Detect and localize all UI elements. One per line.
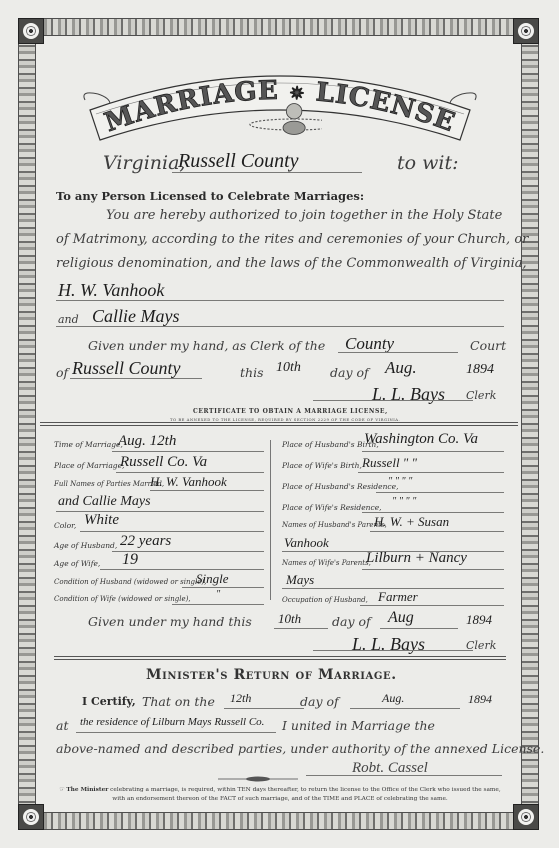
clerk-label: Clerk	[466, 389, 496, 402]
certificate-divider	[40, 422, 518, 426]
corner-rosette-icon	[18, 18, 44, 44]
ceremony-place-value: the residence of Lilburn Mays Russell Co…	[80, 716, 264, 728]
certificate-clerk-signature: L. L. Bays	[352, 634, 425, 655]
field-label-husband-occupation: Occupation of Husband,	[282, 596, 368, 604]
and-label: and	[58, 313, 79, 326]
given-year-value: 1894	[466, 612, 492, 628]
field-value-full-names: H. W. Vanhook	[150, 474, 227, 490]
field-label-color: Color,	[54, 521, 76, 530]
field-value-age-of-wife: 19	[122, 551, 138, 569]
state-label: Virginia,	[103, 152, 185, 174]
field-line	[350, 708, 460, 709]
county-line	[172, 172, 362, 173]
minister-return-heading: Minister's Return of Marriage.	[146, 667, 397, 683]
field-line	[76, 732, 276, 733]
field-value-husband-birthplace: Washington Co. Va	[364, 431, 478, 448]
certify-label: I Certify,	[82, 695, 136, 708]
groom-line	[56, 300, 504, 301]
cherub-wreath-icon	[222, 98, 322, 140]
field-line	[172, 604, 264, 605]
field-line	[362, 451, 504, 452]
field-value-color: White	[84, 512, 119, 529]
court-of-line	[70, 378, 202, 379]
field-value-condition-of-husband: Single	[196, 571, 229, 587]
minister-footnote: ☞ The Minister celebrating a marriage, i…	[50, 786, 510, 804]
court-label: Court	[470, 338, 506, 353]
given-prefix: Given under my hand, as Clerk of the	[88, 338, 325, 353]
field-label-wife-residence: Place of Wife's Residence,	[282, 503, 382, 512]
field-line	[376, 492, 504, 493]
given-line-label: Given under my hand this	[88, 614, 252, 629]
issue-day-value: 10th	[276, 360, 301, 376]
given-day-of-label: day of	[332, 614, 371, 629]
ornamental-border-left	[18, 44, 36, 810]
body-line-2: of Matrimony, according to the rites and…	[56, 232, 528, 247]
field-value-time-of-marriage: Aug. 12th	[118, 433, 176, 450]
field-line	[362, 569, 504, 570]
field-label-time-of-marriage: Time of Marriage,	[54, 440, 123, 449]
field-line	[182, 587, 264, 588]
field-value-condition-of-wife: "	[216, 589, 220, 600]
field-line	[116, 472, 264, 473]
field-value-husband-occupation: Farmer	[378, 589, 418, 605]
field-line	[360, 605, 504, 606]
this-label: this	[240, 365, 264, 380]
issue-year-value: 1894	[466, 362, 494, 378]
ornamental-border-top	[44, 18, 514, 36]
field-label-full-names: Full Names of Parties Married,	[54, 480, 164, 488]
ornamental-border-right	[521, 44, 539, 810]
bride-line	[56, 326, 504, 327]
footnote-bold: The Minister	[66, 787, 108, 793]
given-month-value: Aug	[388, 609, 414, 627]
field-line	[100, 569, 264, 570]
field-line	[150, 490, 264, 491]
field-value-husband-parents: H. W. + Susan	[374, 514, 449, 530]
field-value-wife-parents: Lilburn + Nancy	[366, 550, 467, 567]
field-label-husband-parents: Names of Husband's Parents,	[282, 521, 387, 529]
that-on-label: That on the	[142, 694, 215, 709]
certificate-clerk-label: Clerk	[466, 639, 496, 652]
address-heading: To any Person Licensed to Celebrate Marr…	[56, 189, 364, 203]
to-wit-label: to wit:	[397, 152, 459, 174]
pointing-hand-icon: ☞	[59, 787, 64, 793]
day-of-label: day of	[330, 365, 369, 380]
minister-month-value: Aug.	[382, 691, 404, 706]
field-line	[362, 512, 504, 513]
court-of-value: Russell County	[72, 358, 181, 379]
ornament-flourish-icon	[218, 775, 298, 783]
field-value-place-of-marriage: Russell Co. Va	[120, 454, 207, 471]
corner-rosette-icon	[513, 804, 539, 830]
footnote-line-1: celebrating a marriage, is required, wit…	[110, 787, 501, 793]
minister-day-value: 12th	[230, 691, 251, 706]
minister-year-value: 1894	[468, 692, 492, 707]
field-label-condition-of-wife: Condition of Wife (widowed or single),	[54, 595, 191, 603]
field-value-full-names-cont: and Callie Mays	[58, 494, 151, 510]
field-line	[358, 472, 504, 473]
field-value-husband-parents-cont: Vanhook	[284, 535, 329, 551]
given-day-value: 10th	[278, 611, 301, 627]
field-value-husband-residence: " " " "	[388, 476, 412, 487]
of-label: of	[56, 365, 68, 380]
field-line	[112, 451, 264, 452]
certificate-column-divider	[270, 440, 271, 600]
clerk-signature: L. L. Bays	[372, 384, 445, 405]
court-type-value: County	[345, 334, 394, 354]
body-line-3: religious denomination, and the laws of …	[56, 256, 527, 271]
field-line	[370, 531, 504, 532]
marriage-license-document: MARRIAGE ✷ LICENSE Virginia, Russell Cou…	[0, 0, 559, 848]
body-line-1: You are hereby authorized to join togeth…	[106, 208, 502, 223]
footnote-line-2: with an endorsement thereon of the FACT …	[112, 796, 448, 802]
united-text: I united in Marriage the	[282, 718, 435, 733]
field-value-wife-birthplace: Russell " "	[362, 455, 417, 471]
groom-name-value: H. W. Vanhook	[58, 280, 164, 301]
court-type-line	[338, 352, 458, 353]
field-label-wife-birthplace: Place of Wife's Birth,	[282, 461, 362, 470]
authority-text: above-named and described parties, under…	[56, 741, 544, 756]
field-line	[224, 708, 304, 709]
field-label-condition-of-husband: Condition of Husband (widowed or single)…	[54, 578, 206, 586]
field-line	[274, 628, 328, 629]
certificate-heading: CERTIFICATE TO OBTAIN A MARRIAGE LICENSE…	[193, 408, 388, 415]
bride-name-value: Callie Mays	[92, 306, 180, 327]
certificate-signature-line	[313, 650, 473, 651]
corner-rosette-icon	[18, 804, 44, 830]
field-value-wife-parents-cont: Mays	[286, 572, 314, 588]
field-value-age-of-husband: 22 years	[120, 533, 171, 550]
minister-section-divider	[54, 656, 506, 660]
at-label: at	[56, 718, 68, 733]
field-label-husband-residence: Place of Husband's Residence,	[282, 482, 398, 491]
field-line	[80, 531, 264, 532]
county-value: Russell County	[178, 150, 299, 173]
field-label-age-of-wife: Age of Wife,	[54, 559, 100, 568]
corner-rosette-icon	[513, 18, 539, 44]
minister-day-of-label: day of	[300, 694, 339, 709]
minister-signature-line	[306, 775, 502, 776]
field-value-wife-residence: " " " "	[392, 496, 416, 507]
field-label-place-of-marriage: Place of Marriage,	[54, 461, 124, 470]
issue-month-value: Aug.	[385, 358, 417, 378]
clerk-signature-line	[313, 400, 473, 401]
field-label-age-of-husband: Age of Husband,	[54, 541, 117, 550]
field-line	[380, 628, 458, 629]
ornamental-border-bottom	[44, 812, 514, 830]
field-label-wife-parents: Names of Wife's Parents,	[282, 559, 371, 567]
